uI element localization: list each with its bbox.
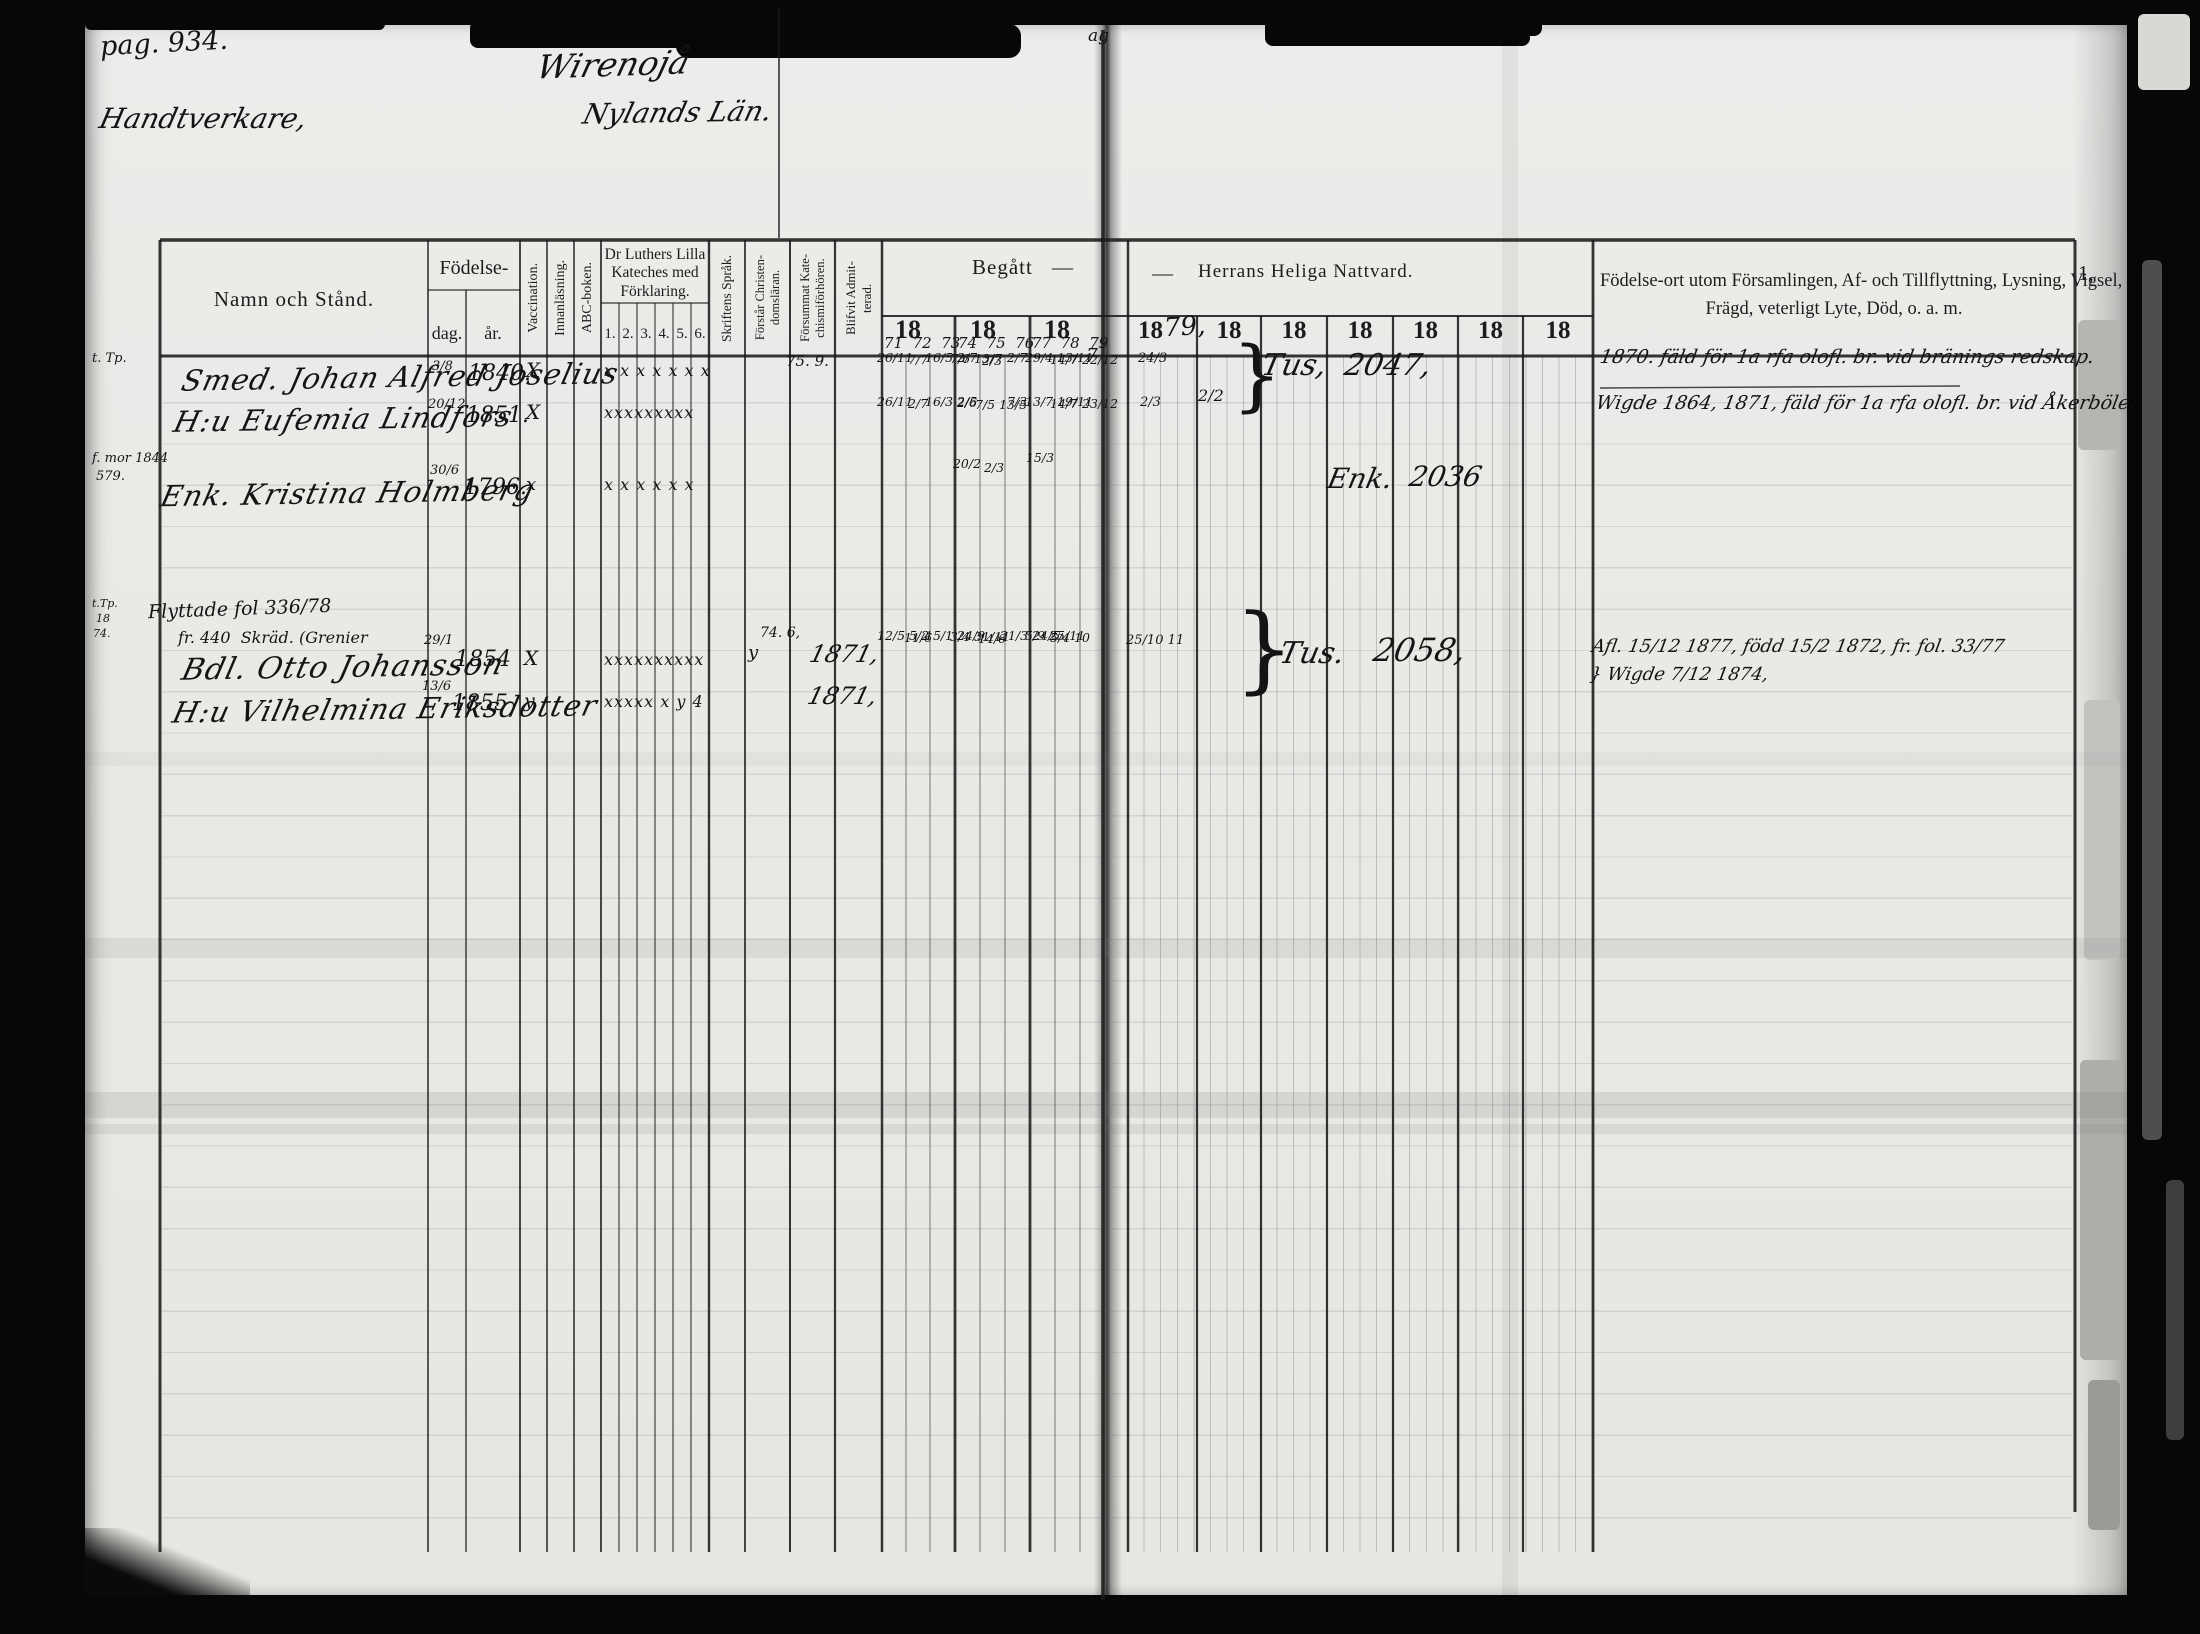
nattvard-1879-date: 24/3	[1138, 352, 1167, 366]
row-vaccination-mark: y.	[524, 692, 538, 712]
parish-subtitle: Nylands Län.	[580, 96, 776, 129]
row-birth-day: 13/6	[422, 680, 451, 694]
header-kateches-col-3: 3.	[637, 327, 655, 343]
row-note: Afl. 15/12 1877, född 15/2 1872, fr. fol…	[1590, 638, 2005, 657]
header-abc-boken: ABC-boken.	[574, 243, 601, 353]
row-margin-note: f. mor 1844	[92, 452, 168, 466]
header-blifvit-admitterad: Blifvit Admit- terad.	[835, 243, 882, 353]
header-innanlasning: Innanläsning.	[547, 243, 574, 353]
header-dag: dag.	[428, 324, 466, 343]
nattvard-number: 2047,	[1342, 350, 1435, 382]
nattvard-date: 2/2	[1198, 388, 1224, 405]
header-kateches-col-5: 5.	[673, 327, 691, 343]
row-kateches-marks: xxxxxxxxxx	[604, 652, 704, 669]
header-kateches-col-1: 1.	[601, 327, 619, 343]
row-kateches-marks: xxxxxxxxx	[604, 405, 694, 422]
corner-scribble: ag	[1088, 28, 1109, 46]
communion-date: 7	[1075, 350, 1109, 362]
header-nattvard: Herrans Heliga Nattvard.	[1198, 262, 1414, 282]
group-margin-note: fr. 440 Skräd. (Grenier	[178, 630, 368, 647]
row-kateches-marks: x x x x x x	[604, 477, 695, 494]
header-forstar-christendomslaran: Förstår Christen- domsläran.	[745, 243, 790, 353]
header-kateches: Dr Luthers Lilla Kateches med Förklaring…	[601, 246, 709, 301]
header-vaccination: Vaccination.	[520, 243, 547, 353]
row-margin-note: 74.	[93, 628, 111, 640]
row-birth-year: 1840.	[468, 362, 531, 385]
nattvard-1879-date: 25/10 11	[1126, 634, 1186, 648]
header-forsummat-katechismiforhoren: Försummat Kate- chismiförhören.	[790, 243, 835, 353]
header-notes-line2: Frägd, veterligt Lyte, Död, o. a. m.	[1600, 300, 2068, 319]
row-margin-note: t. Tp.	[92, 352, 127, 366]
row-note: } Wigde 7/12 1874,	[1588, 666, 1770, 685]
communion-date: 5/4 10	[1050, 632, 1084, 644]
nattvard-year-col: 18	[1523, 318, 1593, 344]
row-birth-day: 30/6	[430, 464, 459, 478]
header-skriftens-sprak: Skriftens Språk.	[709, 243, 745, 353]
row-note: Wigde 1864, 1871, fäld för 1a rfa olofl.…	[1594, 394, 2137, 414]
row-forstar-note: 74. 6,	[760, 626, 800, 641]
row-vaccination-mark: x	[526, 476, 536, 495]
row-margin-note: 579.	[96, 470, 125, 484]
header-kateches-col-2: 2.	[619, 327, 637, 343]
row-birth-day: 3/8	[432, 360, 453, 374]
nattvard-year-col: 18	[1327, 318, 1393, 344]
communion-date: 2/3	[977, 462, 1011, 474]
page-number-note: pag. 934.	[99, 27, 228, 62]
row-vaccination-mark: X	[526, 402, 540, 423]
table-grid	[0, 0, 2200, 1634]
row-kateches-marks: xxxxx x y 4	[604, 694, 704, 711]
header-begatt: Begått	[972, 256, 1033, 278]
row-skriftens-mark: y	[748, 644, 758, 663]
row-name: Smed. Johan Alfred Joselius	[179, 358, 622, 396]
row-vaccination-mark: X	[526, 360, 540, 381]
row-vaccination-mark: X	[524, 648, 538, 669]
header-namn-och-stand: Namn och Stånd.	[160, 288, 428, 310]
nattvard-year-1879-printed: 18	[1138, 318, 1163, 344]
nattvard-year-col: 18	[1458, 318, 1523, 344]
communion-date: 15/3	[1023, 452, 1057, 464]
header-dash-left: —	[1052, 256, 1073, 278]
parish-title: Wirenojå	[533, 45, 693, 85]
row-birth-day: 29/1	[424, 634, 453, 648]
row-birth-year: 1855	[452, 692, 508, 715]
communion-date: 14/7 23/12	[1050, 398, 1084, 410]
row-admitterad-year: 1871,	[807, 642, 882, 667]
row-forsummat-note: 75. 9.	[786, 354, 829, 370]
nattvard-number: 2036	[1407, 462, 1485, 491]
header-kateches-col-4: 4.	[655, 327, 673, 343]
row-birth-year: 1851.	[466, 404, 529, 427]
row-admitterad-year: 1871,	[805, 684, 880, 709]
row-kateches-marks: x x x x x x x	[604, 363, 711, 380]
row-birth-year: 1854	[455, 648, 511, 671]
nattvard-number: 2058,	[1370, 634, 1469, 668]
header-kateches-col-6: 6.	[691, 327, 709, 343]
section-heading: Handtverkare,	[97, 104, 310, 133]
scanned-ledger-page: pag. 934. Wirenojå Nylands Län. Handtver…	[0, 0, 2200, 1634]
header-ar: år.	[466, 324, 520, 343]
header-notes-line1: Födelse-ort utom Församlingen, Af- och T…	[1600, 272, 2068, 291]
row-birth-day: 20/12	[428, 398, 465, 412]
nattvard-label: Tus.	[1277, 638, 1348, 670]
nattvard-year-col: 18	[1393, 318, 1458, 344]
row-note: 1870. fäld för 1a rfa olofl. br. vid brä…	[1598, 348, 2095, 368]
header-fodelse: Födelse-	[428, 258, 520, 279]
header-dash-right: —	[1152, 262, 1173, 284]
nattvard-1879-date: 2/3	[1140, 396, 1161, 410]
row-margin-note: 18	[96, 613, 110, 625]
nattvard-label: Tus,	[1259, 350, 1330, 382]
nattvard-label: Enk.	[1325, 464, 1396, 493]
row-margin-note: t.Tp.	[92, 598, 118, 610]
row-birth-year: 1796.	[464, 476, 527, 499]
